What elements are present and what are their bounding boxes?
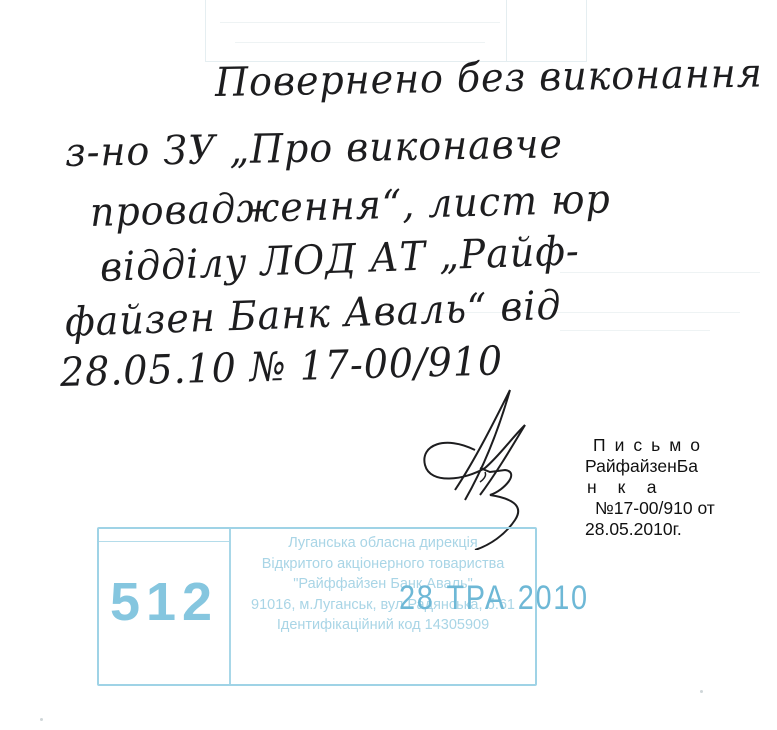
ghost-line — [235, 42, 485, 43]
caption-line: №17-00/910 от — [585, 498, 765, 519]
stamp-date-month: ТРА — [446, 579, 505, 617]
stamp-date: 28ТРА2010 — [399, 579, 589, 618]
signature-scribble — [415, 380, 565, 550]
paper-speck — [700, 690, 703, 693]
ghost-line — [560, 272, 760, 273]
note-line: відділу ЛОД АТ „Райф- — [99, 228, 580, 291]
caption-line: РайфайзенБа — [585, 456, 765, 477]
stamp-date-year: 2010 — [518, 579, 589, 617]
ghost-stamp-divider — [506, 0, 507, 61]
stamp-number: 512 — [99, 571, 229, 633]
note-line: провадження“, лист юр — [89, 176, 611, 236]
caption-line: нка — [585, 477, 765, 498]
note-line: з-но ЗУ „Про виконавче — [65, 121, 564, 176]
stamp-text-line: Ідентифікаційний код 14305909 — [231, 615, 535, 636]
stamp-text-line: Луганська обласна дирекція — [231, 533, 535, 554]
stamp-number-box: 512 — [99, 529, 231, 684]
stamp-text-line: Відкритого акціонерного товариства — [231, 554, 535, 575]
background-ghost-stamp — [205, 0, 587, 62]
caption-line: Письмо — [585, 435, 765, 456]
stamp-date-day: 28 — [399, 579, 435, 617]
stamp-number-box-line — [99, 541, 229, 542]
note-line: файзен Банк Аваль“ від — [64, 283, 562, 346]
paper-speck — [40, 718, 43, 721]
registration-stamp: 512 Луганська обласна дирекція Відкритог… — [97, 527, 537, 686]
typed-caption: Письмо РайфайзенБа нка №17-00/910 от 28.… — [585, 435, 765, 540]
ghost-line — [220, 22, 500, 23]
caption-line: 28.05.2010г. — [585, 519, 765, 540]
ghost-line — [560, 330, 710, 331]
note-line: Повернено без виконання — [215, 50, 764, 106]
